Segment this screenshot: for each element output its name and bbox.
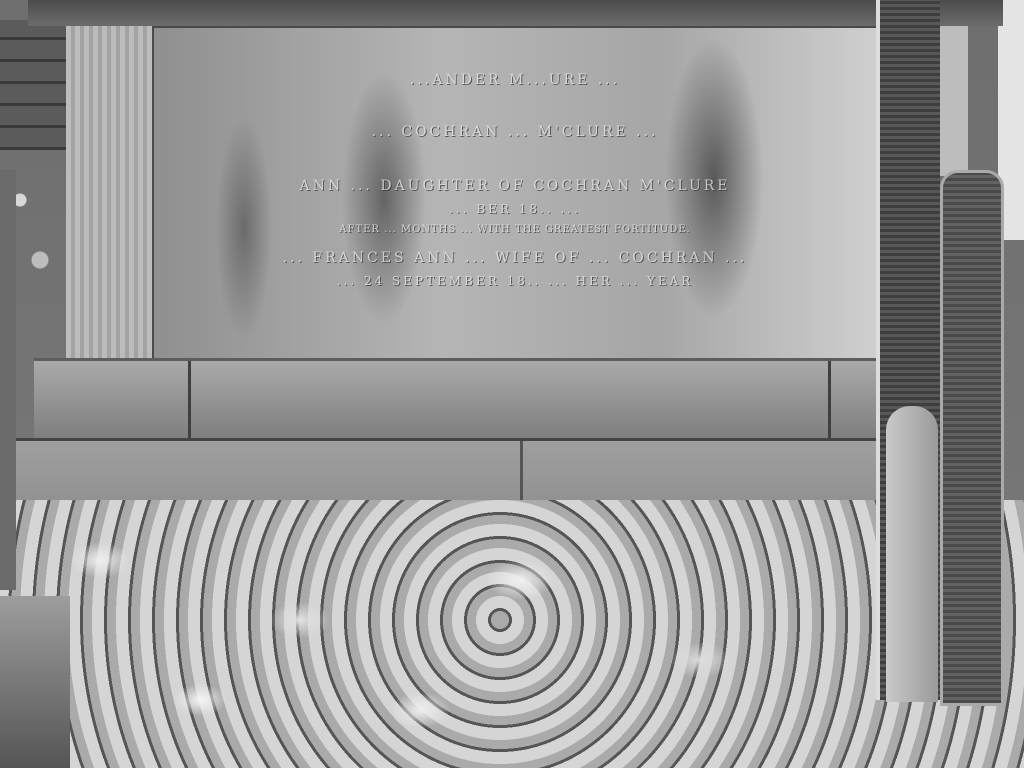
inscription-line: ... BER 18.. ... — [154, 202, 876, 216]
small-headstone — [886, 406, 938, 702]
tomb-upper-plinth — [34, 358, 876, 441]
photograph: ...ANDER M...URE ... ... COCHRAN ... M'C… — [0, 0, 1024, 768]
inscription-line: AFTER ... MONTHS ... WITH THE GREATEST F… — [154, 224, 876, 235]
brick-wall — [0, 20, 66, 150]
inscription-line: ... COCHRAN ... M'CLURE ... — [154, 124, 876, 140]
inscribed-tablet: ...ANDER M...URE ... ... COCHRAN ... M'C… — [152, 26, 878, 362]
inscription-line: ANN ... DAUGHTER OF COCHRAN M'CLURE — [154, 178, 876, 194]
grave-post-right — [940, 170, 1004, 706]
tomb-fluted-pillar — [66, 26, 155, 364]
ivy-and-leaves-ground — [0, 500, 1024, 768]
left-post — [0, 170, 16, 590]
inscription-line: ... 24 SEPTEMBER 18.. ... HER ... YEAR — [154, 274, 876, 288]
left-foreground-stone — [0, 596, 70, 768]
inscription-line: ...ANDER M...URE ... — [154, 72, 876, 88]
plinth-seam — [188, 361, 191, 441]
tomb-cap-stone — [28, 0, 1003, 26]
plinth-seam — [828, 361, 831, 441]
inscription-line: ... FRANCES ANN ... WIFE OF ... COCHRAN … — [154, 250, 876, 266]
